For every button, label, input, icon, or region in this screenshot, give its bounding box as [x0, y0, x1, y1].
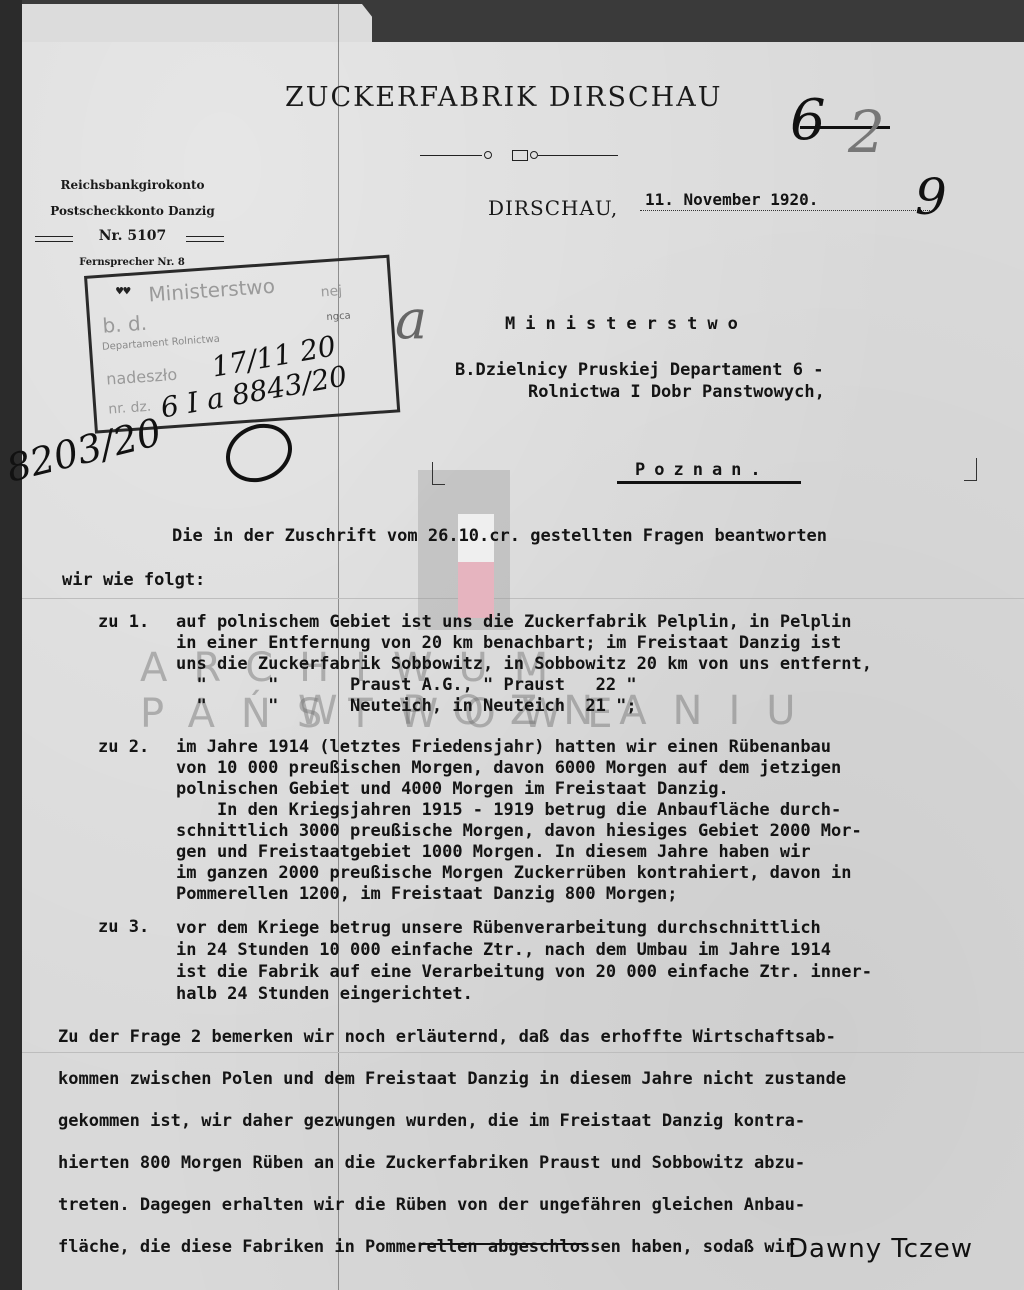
addressee-ministry: Ministerstwo	[505, 314, 748, 334]
corner-mark	[432, 462, 445, 485]
ornament-divider	[420, 150, 620, 160]
closing-line: gekommen ist, wir daher gezwungen wurden…	[58, 1100, 846, 1142]
stamp-fragment-2: ngca	[326, 311, 351, 324]
letter-date: 11. November 1920.	[645, 190, 818, 209]
addressee-city: Poznan.	[635, 460, 770, 480]
item-1-line: " " Praust A.G., " Praust 22 "	[176, 675, 872, 696]
city-underline	[617, 481, 801, 484]
closing-line: Zu der Frage 2 bemerken wir noch erläute…	[58, 1016, 846, 1058]
item-2-line: Pommerellen 1200, im Freistaat Danzig 80…	[176, 884, 862, 905]
item-3-line: halb 24 Stunden eingerichtet.	[176, 983, 872, 1005]
addressee-line-2: Rolnictwa I Dobr Panstwowych,	[528, 382, 825, 402]
item-2-line: von 10 000 preußischen Morgen, davon 600…	[176, 758, 862, 779]
item-2-line: polnischen Gebiet und 4000 Morgen im Fre…	[176, 779, 862, 800]
item-2-label: zu 2.	[98, 737, 149, 757]
item-1-line: uns die Zuckerfabrik Sobbowitz, in Sobbo…	[176, 654, 872, 675]
closing-line: hierten 800 Morgen Rüben an die Zuckerfa…	[58, 1142, 846, 1184]
letter-place: DIRSCHAU,	[488, 196, 618, 220]
item-1-line: " " Neuteich, in Neuteich 21 ";	[176, 696, 872, 717]
bank-account-label: Reichsbankgirokonto	[30, 178, 235, 192]
stamp-fragment: nej	[320, 283, 342, 300]
item-2-line: im Jahre 1914 (letztes Friedensjahr) hat…	[176, 737, 862, 758]
item-2-line: gen und Freistaatgebiet 1000 Morgen. In …	[176, 842, 862, 863]
item-2-line: im ganzen 2000 preußische Morgen Zuckerr…	[176, 863, 862, 884]
closing-paragraph: Zu der Frage 2 bemerken wir noch erläute…	[58, 1016, 846, 1268]
source-credit: Dawny Tczew	[788, 1234, 973, 1264]
item-2-line: In den Kriegsjahren 1915 - 1919 betrug d…	[176, 800, 862, 821]
closing-line: fläche, die diese Fabriken in Pommerelle…	[58, 1226, 846, 1268]
item-3-label: zu 3.	[98, 917, 149, 937]
phone-number: Fernsprecher Nr. 8	[62, 257, 202, 268]
received-stamp: Ministerstwo b. d. Departament Rolnictwa…	[84, 255, 400, 434]
stamp-line-1: Ministerstwo	[148, 274, 276, 307]
handwritten-faint-number: 2	[848, 98, 885, 166]
item-1-text: auf polnischem Gebiet ist uns die Zucker…	[176, 612, 872, 717]
item-3-line: in 24 Stunden 10 000 einfache Ztr., nach…	[176, 939, 872, 961]
intro-line-1: Die in der Zuschrift vom 26.10.cr. geste…	[172, 526, 827, 546]
item-3-line: vor dem Kriege betrug unsere Rübenverarb…	[176, 917, 872, 939]
item-1-line: auf polnischem Gebiet ist uns die Zucker…	[176, 612, 872, 633]
intro-line-2: wir wie folgt:	[62, 570, 205, 590]
handwritten-struck-number: 6	[790, 88, 826, 153]
corner-mark	[964, 458, 977, 481]
date-dotted-line	[640, 210, 930, 211]
handwritten-letter-mark: a	[395, 288, 427, 351]
item-3-line: ist die Fabrik auf eine Verarbeitung von…	[176, 961, 872, 983]
watermark-flag-red	[458, 562, 494, 618]
item-1-label: zu 1.	[98, 612, 149, 632]
closing-line: kommen zwischen Polen und dem Freistaat …	[58, 1058, 846, 1100]
item-2-line: schnittlich 3000 preußische Morgen, davo…	[176, 821, 862, 842]
crease	[22, 598, 1024, 599]
stamp-line-2: b. d.	[102, 311, 148, 338]
scan-left-edge	[0, 0, 22, 1290]
rule	[186, 236, 224, 242]
item-2-text: im Jahre 1914 (letztes Friedensjahr) hat…	[176, 737, 862, 905]
pommerellen-underline	[421, 1243, 586, 1245]
item-3-text: vor dem Kriege betrug unsere Rübenverarb…	[176, 917, 872, 1005]
company-name: ZUCKERFABRIK DIRSCHAU	[285, 82, 722, 113]
addressee-line-1: B.Dzielnicy Pruskiej Departament 6 -	[455, 360, 823, 380]
stamp-received-label: nadeszło	[106, 365, 178, 389]
postal-account-label: Postscheckkonto Danzig	[30, 204, 235, 218]
item-1-line: in einer Entfernung von 20 km benachbart…	[176, 633, 872, 654]
handwritten-number: 9	[915, 168, 947, 226]
closing-line: treten. Dagegen erhalten wir die Rüben v…	[58, 1184, 846, 1226]
